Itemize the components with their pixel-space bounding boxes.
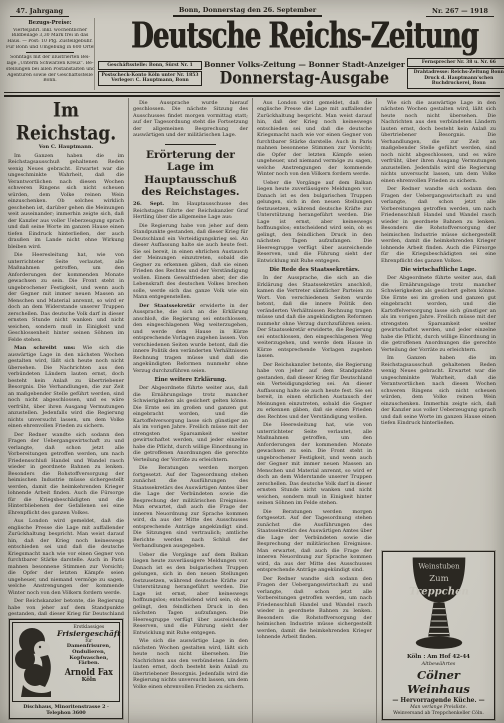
- subscription-prices-lines: Vierteljährl. inkl. wöchentlicherBildbei…: [6, 28, 94, 51]
- office-boxes: Geschäftsstelle: Bonn, Sürst Nr. 1 Posts…: [98, 61, 202, 86]
- ad-services-list: Damenfrisuren,Ondulieren,Kopfwaschen,Fär…: [57, 644, 121, 667]
- article-columns: Im Reichstag. Von C. Hauptmann. Im Ganze…: [4, 98, 500, 723]
- sub-headline: Die Rede des Staatssekretärs.: [257, 267, 372, 273]
- body-paragraph: Aus London wird gemeldet, daß die englis…: [8, 518, 124, 596]
- info-line: stellungen bei allen Postanstalten und: [6, 67, 94, 73]
- publisher-line: Verleger: C. Hauptmann, Bonn: [111, 78, 189, 83]
- column-3-body: Aus London wird gemeldet, daß die englis…: [257, 100, 372, 723]
- column-2-body: Die Regierung habe von jeher auf dem Sta…: [133, 223, 248, 723]
- main-headline: Im Reichstag.: [8, 99, 124, 145]
- column-4: Wie sich die auswärtige Lage in den näch…: [376, 98, 500, 723]
- column-1-body: Im Ganzen haben die im Reichstagsausschu…: [8, 153, 124, 616]
- wine-ad-name: Cölner Weinhaus: [385, 668, 492, 696]
- body-paragraph: Wie sich die auswärtige Lage in den näch…: [381, 100, 496, 185]
- subscription-note-lines: Sonntags mit der illustrierten Bei-lage …: [6, 55, 94, 84]
- column-3: Aus London wird gemeldet, daß die englis…: [252, 98, 376, 723]
- body-paragraph: Der Staatssekretär erwiderte in der Auss…: [133, 303, 248, 375]
- body-paragraph: Man schreibt uns: Wie sich die auswärtig…: [8, 345, 124, 430]
- wire-address-line: Drahtadresse: Reichs-Zeitung Bonn: [414, 70, 504, 75]
- body-paragraph: Die Beratungen werden morgen fortgesetzt…: [257, 509, 372, 574]
- body-paragraph: Ueber die Vorgänge auf dem Balkan liegen…: [133, 552, 248, 637]
- body-paragraph: In der Aussprache, die sich an die Erklä…: [257, 275, 372, 360]
- hairdresser-ad: Erstklassiges Frisiergeschäft für Damenf…: [9, 619, 123, 719]
- body-paragraph: Der Redner wandte sich sodann den Fragen…: [381, 186, 496, 264]
- body-paragraph: Der Redner wandte sich sodann den Fragen…: [257, 576, 372, 641]
- printer-line: Druck d. Hauptmann'schen Buchdruckerei, …: [424, 76, 493, 86]
- newspaper-title: Deutsche Reichs-Zeitung: [104, 11, 504, 61]
- info-line: Für Bonn und Umgebung in 600 Orten.: [6, 45, 94, 51]
- article-divider: [165, 144, 217, 145]
- newspaper-subtitle: Bonner Volks-Zeitung — Bonner Stadt-Anze…: [204, 60, 405, 69]
- wine-ad-tagline: Altbewährtes: [385, 661, 492, 667]
- woman-portrait-illustration: [15, 625, 57, 699]
- column-4-body: Wie sich die auswärtige Lage in den näch…: [381, 100, 496, 548]
- body-paragraph: Der Abgeordnete führte weiter aus, daß d…: [381, 275, 496, 353]
- subtitle-block: Bonner Volks-Zeitung — Bonner Stadt-Anze…: [202, 60, 407, 87]
- masthead-subrow: Geschäftsstelle: Bonn, Sürst Nr. 1 Posts…: [98, 58, 504, 89]
- wine-house-ad: Weinstuben Zum Treppchen Köln : Am Hof 4…: [382, 551, 495, 720]
- body-paragraph: Der Reichskanzler betonte, die Regierung…: [257, 362, 372, 421]
- office-address-box: Geschäftsstelle: Bonn, Sürst Nr. 1: [98, 61, 202, 70]
- wine-ad-note1: Man verlange Preisliste.: [385, 705, 492, 710]
- contact-boxes: Fernsprecher Nr. 38 u. Nr. 66 Drahtadres…: [407, 58, 504, 89]
- masthead-center: Deutsche Reichs-Zeitung Geschäftsstelle:…: [94, 18, 504, 90]
- wine-ad-kitchen: — Hervorragende Küche. —: [385, 697, 492, 704]
- sub-headline: Eine weitere Erklärung.: [133, 377, 248, 383]
- body-paragraph: Wie sich die auswärtige Lage in den näch…: [133, 638, 248, 690]
- sub-headline: Die wirtschaftliche Lage.: [381, 267, 496, 273]
- divider-line: [26, 52, 74, 53]
- info-line: Bonn.: [6, 78, 94, 84]
- subscription-prices-title: Bezugs-Preise:: [6, 20, 94, 27]
- column-1: Im Reichstag. Von C. Hauptmann. Im Ganze…: [4, 98, 128, 723]
- body-paragraph: Die Beratungen werden morgen fortgesetzt…: [133, 465, 248, 550]
- committee-headline: Erörterung der Lage im Hauptausschuß des…: [133, 149, 248, 199]
- body-paragraph: Im Ganzen haben die im Reichstagsausschu…: [8, 153, 124, 251]
- column-2-pre-body: Die Aussprache wurde hierauf geschlossen…: [133, 100, 248, 141]
- ad-address-line: Dischhaus, Minoritenstrasse 2 · Telephon…: [12, 704, 120, 716]
- glass-label-line1: Weinstuben: [418, 562, 460, 570]
- telegram-box: Drahtadresse: Reichs-Zeitung Bonn Druck …: [407, 68, 504, 88]
- subscription-prices-block: Bezugs-Preise: Vierteljährl. inkl. wöche…: [6, 18, 94, 90]
- masthead-row: Bezugs-Preise: Vierteljährl. inkl. wöche…: [0, 17, 504, 90]
- info-line: Haus. — Post: 10 Pfg. Zustellgebühr.: [6, 39, 94, 45]
- body-paragraph: Der Redner wandte sich sodann den Fragen…: [8, 432, 124, 517]
- glass-label-line2: Zum: [429, 574, 448, 584]
- glass-label-line3: Treppchen: [409, 587, 469, 598]
- body-paragraph: Die Heeresleitung hat, wie von unterrich…: [257, 422, 372, 507]
- newspaper-page: 47. Jahrgang Bonn, Donnerstag den 26. Se…: [0, 0, 504, 723]
- wine-ad-address: Köln : Am Hof 42-44: [385, 654, 492, 660]
- committee-dateline: 26. Sept. Im Hauptausschusse des Reichst…: [133, 201, 248, 221]
- edition-label: Donnerstag-Ausgabe: [204, 69, 405, 89]
- body-paragraph: Der Abgeordnete führte weiter aus, daß d…: [133, 385, 248, 463]
- body-paragraph: Ueber die Vorgänge auf dem Balkan liegen…: [257, 180, 372, 265]
- body-paragraph: Die Regierung habe von jeher auf dem Sta…: [133, 223, 248, 301]
- body-paragraph: Im Ganzen haben die im Reichstagsausschu…: [381, 355, 496, 427]
- header-rule: [4, 92, 500, 97]
- body-paragraph: Aus London wird gemeldet, daß die englis…: [257, 100, 372, 178]
- ad-title: Frisiergeschäft: [57, 630, 121, 639]
- hairdresser-ad-inner: Erstklassiges Frisiergeschäft für Damenf…: [12, 622, 120, 702]
- body-paragraph: Der Reichskanzler betonte, die Regierung…: [8, 598, 124, 616]
- wine-ad-note2: Weinversand ab Treppchenkeller Cöln.: [385, 711, 492, 716]
- ad-phone: Telephon 3600: [46, 710, 86, 716]
- hairdresser-ad-text: Erstklassiges Frisiergeschäft für Damenf…: [57, 625, 121, 699]
- column-2: Die Aussprache wurde hierauf geschlossen…: [128, 98, 252, 723]
- body-paragraph: Die Aussprache wurde hierauf geschlossen…: [133, 100, 248, 139]
- dateline-date: 26. Sept.: [133, 201, 164, 207]
- body-paragraph: Die Heeresleitung hat, wie von unterrich…: [8, 252, 124, 343]
- ad-city: Köln: [57, 677, 121, 683]
- wine-goblet-illustration: Weinstuben Zum Treppchen: [400, 556, 478, 652]
- ad-business-name: Arnold Fax: [57, 668, 121, 678]
- volume-label: 47. Jahrgang: [10, 7, 69, 17]
- postal-account-box: Postscheck-Konto Köln unter Nr. 1853 Ver…: [98, 71, 202, 86]
